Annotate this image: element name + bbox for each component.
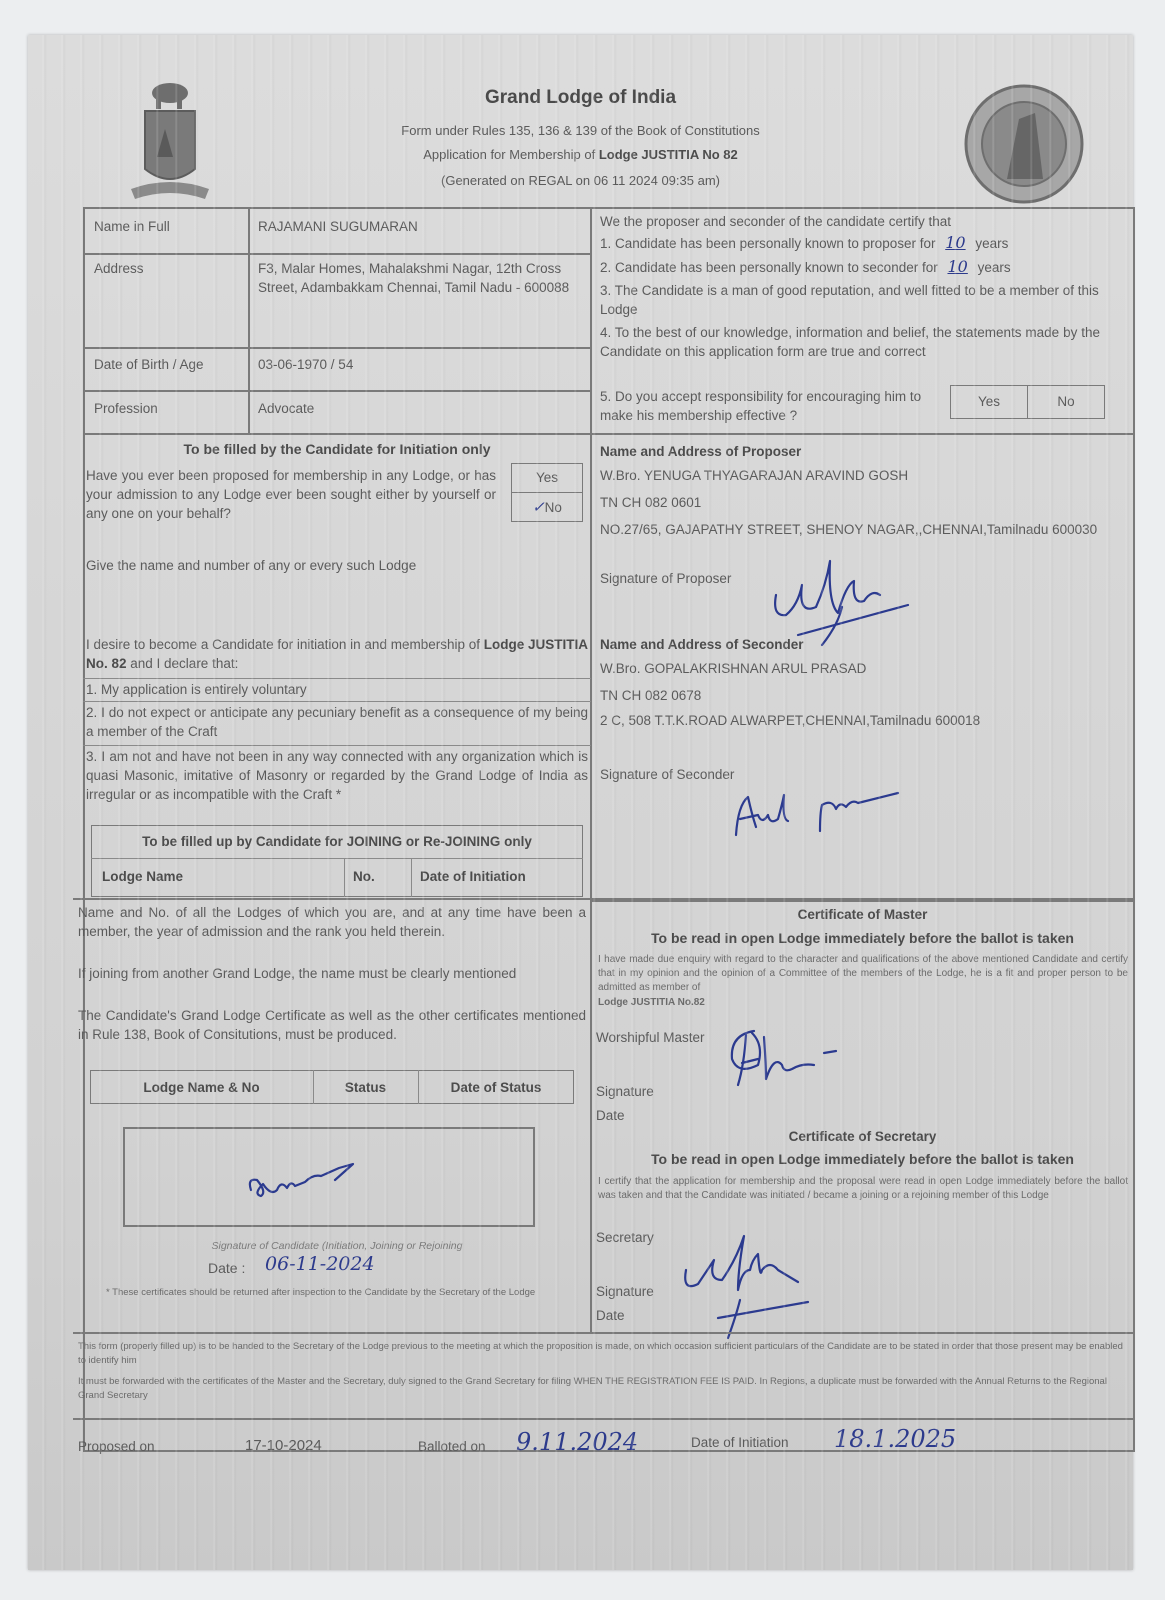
master-certificate-lodge: Lodge JUSTITIA No.82 bbox=[598, 996, 705, 1010]
form-subtitle: Form under Rules 135, 136 & 139 of the B… bbox=[28, 123, 1133, 138]
certify-item-4: 4. To the best of our knowledge, informa… bbox=[600, 323, 1100, 361]
address-value: F3, Malar Homes, Mahalakshmi Nagar, 12th… bbox=[258, 259, 583, 297]
name-value: RAJAMANI SUGUMARAN bbox=[258, 217, 418, 236]
proposer-reg: TN CH 082 0601 bbox=[600, 493, 701, 512]
declaration-item-2: 2. I do not expect or anticipate any pec… bbox=[86, 703, 588, 741]
candidate-date-label: Date : bbox=[208, 1259, 245, 1278]
certify-item-2: 2. Candidate has been personally known t… bbox=[600, 257, 1125, 277]
initiation-no-box[interactable]: ✓No bbox=[511, 492, 583, 522]
secretary-signature-label: Signature bbox=[596, 1282, 654, 1301]
footer-note-1: This form (properly filled up) is to be … bbox=[78, 1340, 1128, 1368]
proposer-name: W.Bro. YENUGA THYAGARAJAN ARAVIND GOSH bbox=[600, 466, 908, 485]
application-form-page: Grand Lodge of India Form under Rules 13… bbox=[28, 35, 1133, 1570]
declaration-item-1: 1. My application is entirely voluntary bbox=[86, 680, 307, 699]
certify-item-1: 1. Candidate has been personally known t… bbox=[600, 233, 1125, 253]
initiation-date-value: 18.1.2025 bbox=[834, 1425, 956, 1453]
give-lodge-name: Give the name and number of any or every… bbox=[86, 556, 416, 575]
seconder-years: 10 bbox=[941, 257, 973, 276]
address-label: Address bbox=[94, 259, 144, 278]
name-label: Name in Full bbox=[94, 217, 170, 236]
candidate-date-value: 06-11-2024 bbox=[265, 1255, 375, 1274]
proposer-address: NO.27/65, GAJAPATHY STREET, SHENOY NAGAR… bbox=[600, 520, 1130, 539]
lodges-col-name: Lodge Name & No bbox=[90, 1078, 313, 1097]
candidate-signature bbox=[243, 1150, 373, 1210]
lodges-para-3: The Candidate's Grand Lodge Certificate … bbox=[78, 1006, 586, 1044]
proposed-on-label: Proposed on bbox=[78, 1437, 155, 1456]
master-date-label: Date bbox=[596, 1106, 625, 1125]
joining-col-lodge-name: Lodge Name bbox=[102, 867, 183, 886]
footer-note-2: It must be forwarded with the certificat… bbox=[78, 1375, 1128, 1403]
seconder-heading: Name and Address of Seconder bbox=[600, 635, 804, 654]
initiation-heading: To be filled by the Candidate for Initia… bbox=[83, 440, 591, 459]
seconder-signature-label: Signature of Seconder bbox=[600, 765, 734, 784]
secretary-certificate-subheading: To be read in open Lodge immediately bef… bbox=[590, 1150, 1135, 1169]
profession-label: Profession bbox=[94, 399, 158, 418]
dob-value: 03-06-1970 / 54 bbox=[258, 355, 353, 374]
master-role: Worshipful Master bbox=[596, 1028, 705, 1047]
secretary-certificate-body: I certify that the application for membe… bbox=[598, 1175, 1128, 1203]
joining-col-no: No. bbox=[353, 867, 375, 886]
master-signature-label: Signature bbox=[596, 1082, 654, 1101]
master-certificate-heading: Certificate of Master bbox=[590, 905, 1135, 924]
seconder-name: W.Bro. GOPALAKRISHNAN ARUL PRASAD bbox=[600, 659, 866, 678]
certify-item-5: 5. Do you accept responsibility for enco… bbox=[600, 387, 945, 425]
joining-col-date: Date of Initiation bbox=[420, 867, 526, 886]
declaration-item-3: 3. I am not and have not been in any way… bbox=[86, 747, 588, 804]
certificates-note: * These certificates should be returned … bbox=[106, 1286, 556, 1300]
secretary-signature bbox=[678, 1230, 838, 1340]
profession-value: Advocate bbox=[258, 399, 314, 418]
lodges-col-status: Status bbox=[313, 1078, 418, 1097]
initiation-question: Have you ever been proposed for membersh… bbox=[86, 466, 496, 523]
application-prefix: Application for Membership of bbox=[423, 147, 599, 162]
certify-intro: We the proposer and seconder of the cand… bbox=[600, 212, 1125, 231]
seconder-reg: TN CH 082 0678 bbox=[600, 686, 701, 705]
declaration-intro: I desire to become a Candidate for initi… bbox=[86, 635, 588, 673]
initiation-yes-box[interactable]: Yes bbox=[511, 463, 583, 493]
secretary-role: Secretary bbox=[596, 1228, 654, 1247]
form-title: Grand Lodge of India bbox=[28, 87, 1133, 109]
master-certificate-body: I have made due enquiry with regard to t… bbox=[598, 953, 1128, 995]
joining-heading: To be filled up by Candidate for JOINING… bbox=[91, 832, 583, 851]
seconder-address: 2 C, 508 T.T.K.ROAD ALWARPET,CHENNAI,Tam… bbox=[600, 711, 980, 730]
proposer-heading: Name and Address of Proposer bbox=[600, 442, 801, 461]
balloted-on-label: Balloted on bbox=[418, 1437, 486, 1456]
dob-label: Date of Birth / Age bbox=[94, 355, 204, 374]
lodges-para-2: If joining from another Grand Lodge, the… bbox=[78, 964, 586, 983]
responsibility-no-box[interactable]: No bbox=[1027, 385, 1105, 419]
proposer-signature-label: Signature of Proposer bbox=[600, 569, 731, 588]
lodges-para-1: Name and No. of all the Lodges of which … bbox=[78, 903, 586, 941]
lodges-col-date: Date of Status bbox=[418, 1078, 574, 1097]
responsibility-yes-box[interactable]: Yes bbox=[950, 385, 1028, 419]
application-line: Application for Membership of Lodge JUST… bbox=[28, 147, 1133, 162]
secretary-certificate-heading: Certificate of Secretary bbox=[590, 1127, 1135, 1146]
generated-stamp: (Generated on REGAL on 06 11 2024 09:35 … bbox=[28, 173, 1133, 188]
initiation-date-label: Date of Initiation bbox=[691, 1433, 789, 1452]
master-signature bbox=[724, 1025, 864, 1095]
master-certificate-subheading: To be read in open Lodge immediately bef… bbox=[590, 929, 1135, 948]
proposer-years: 10 bbox=[939, 233, 971, 252]
check-mark-icon: ✓ bbox=[532, 498, 545, 516]
certify-item-3: 3. The Candidate is a man of good reputa… bbox=[600, 281, 1100, 319]
application-lodge: Lodge JUSTITIA No 82 bbox=[599, 147, 738, 162]
balloted-on-value: 9.11.2024 bbox=[516, 1428, 638, 1456]
seconder-signature bbox=[728, 785, 908, 845]
proposed-on-value: 17-10-2024 bbox=[245, 1436, 322, 1455]
secretary-date-label: Date bbox=[596, 1306, 625, 1325]
